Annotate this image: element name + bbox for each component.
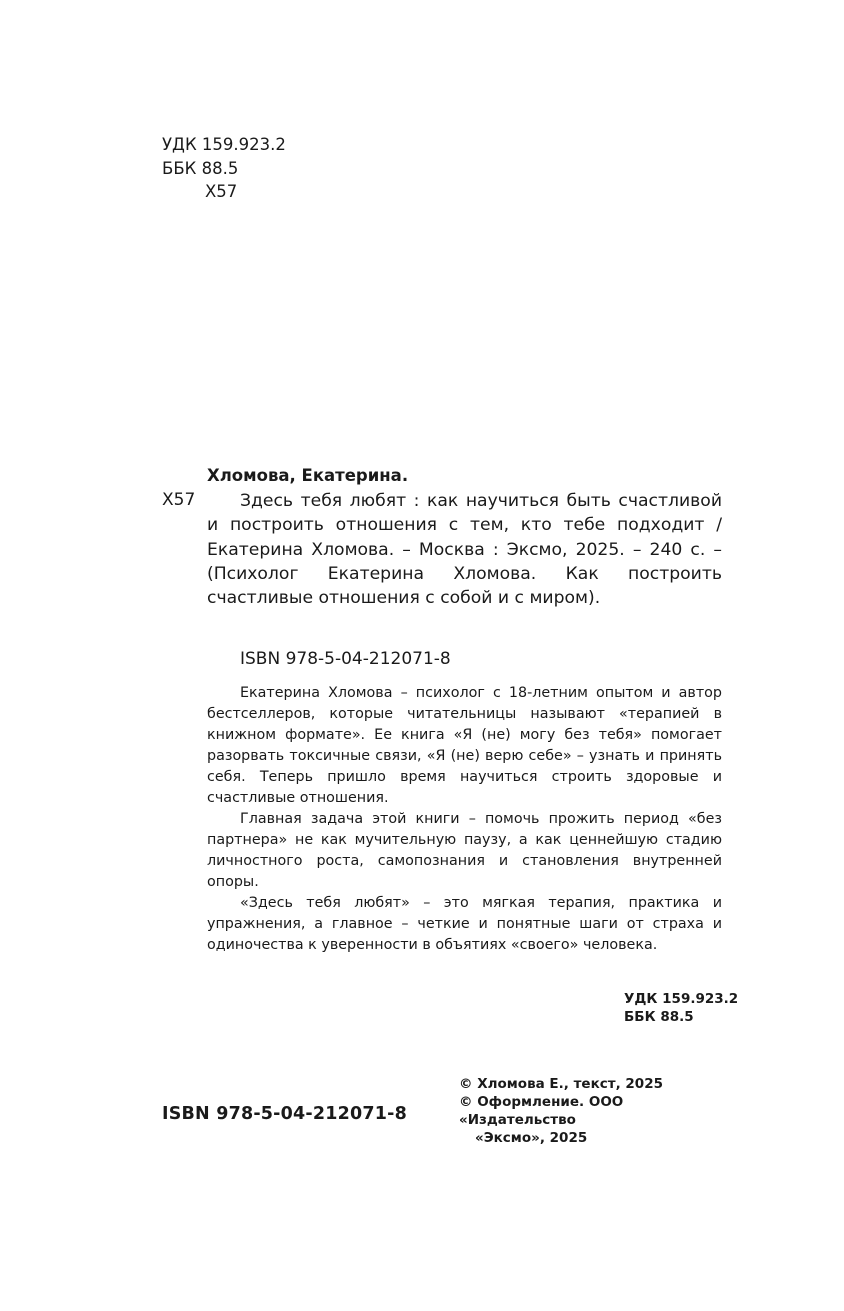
copyright-design-cont: «Эксмо», 2025 — [459, 1129, 729, 1147]
record-author-sign: Х57 — [162, 490, 195, 510]
copyright-design: © Оформление. ООО «Издательство — [459, 1093, 729, 1129]
udk-code: УДК 159.923.2 — [162, 133, 286, 157]
copyright-text: © Хломова Е., текст, 2025 — [459, 1075, 729, 1093]
annotation-paragraph: Екатерина Хломова – психолог с 18-летним… — [207, 683, 722, 809]
bbk-code: ББК 88.5 — [162, 157, 286, 181]
isbn-footer: ISBN 978-5-04-212071-8 — [162, 1104, 407, 1124]
copyright-notice: © Хломова Е., текст, 2025 © Оформление. … — [459, 1075, 729, 1147]
annotation-paragraph: «Здесь тебя любят» – это мягкая терапия,… — [207, 893, 722, 956]
record-author: Хломова, Екатерина. — [207, 466, 408, 485]
classification-block-top: УДК 159.923.2 ББК 88.5 Х57 — [162, 133, 286, 204]
annotation-paragraph: Главная задача этой книги – помочь прожи… — [207, 809, 722, 893]
annotation: Екатерина Хломова – психолог с 18-летним… — [207, 683, 722, 956]
bbk-code-bottom: ББК 88.5 — [624, 1008, 738, 1026]
record-isbn: ISBN 978-5-04-212071-8 — [240, 649, 451, 669]
udk-code-bottom: УДК 159.923.2 — [624, 990, 738, 1008]
author-sign: Х57 — [162, 180, 286, 204]
bibliographic-description: Здесь тебя любят : как научиться быть сч… — [207, 489, 722, 610]
classification-block-bottom: УДК 159.923.2 ББК 88.5 — [624, 990, 738, 1026]
